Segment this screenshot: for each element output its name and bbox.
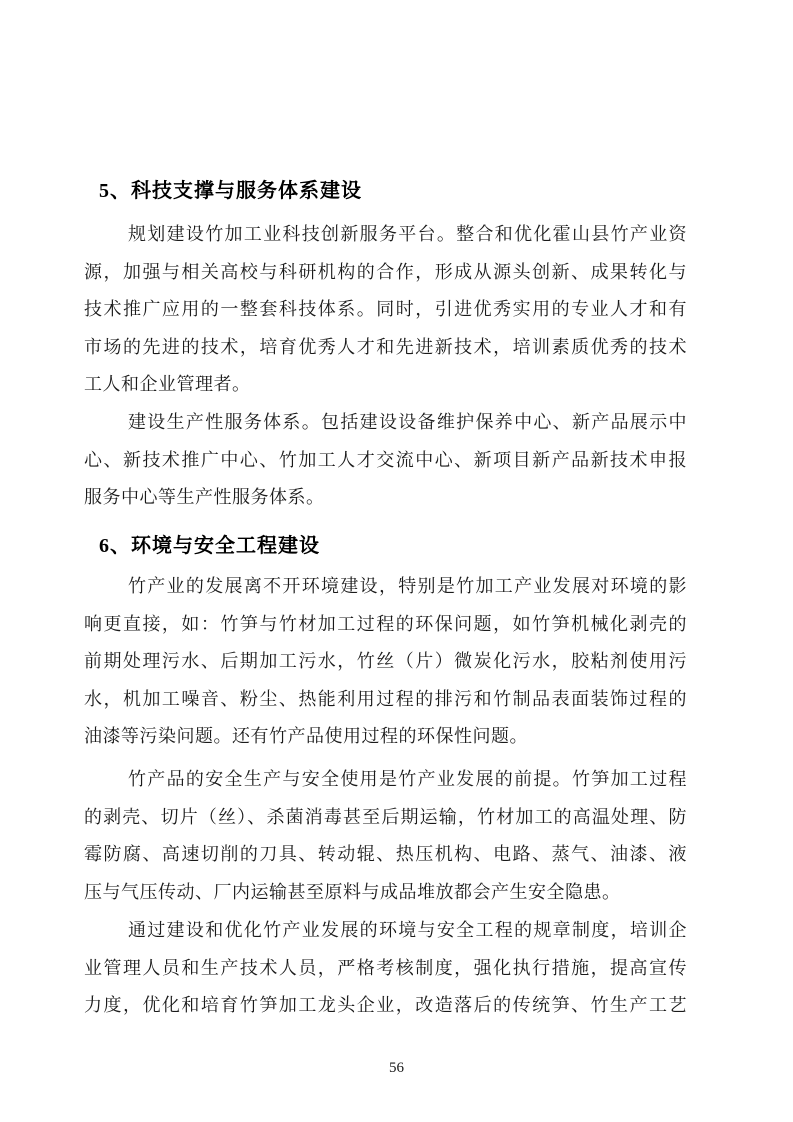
text-line: 竹产品的安全生产与安全使用是竹产业发展的前提。竹笋加工过程 — [84, 761, 687, 799]
text-line: 规划建设竹加工业科技创新服务平台。整合和优化霍山县竹产业资 — [84, 216, 687, 254]
text-line: 力度，优化和培育竹笋加工龙头企业，改造落后的传统笋、竹生产工艺 — [84, 987, 687, 1025]
document-page: 5、科技支撑与服务体系建设 规划建设竹加工业科技创新服务平台。整合和优化霍山县竹… — [0, 0, 793, 1122]
text-line: 水，机加工噪音、粉尘、热能利用过程的排污和竹制品表面装饰过程的 — [84, 681, 687, 719]
text-line: 霉防腐、高速切削的刀具、转动辊、热压机构、电路、蒸气、油漆、液 — [84, 836, 687, 874]
text-line: 技术推广应用的一整套科技体系。同时，引进优秀实用的专业人才和有 — [84, 291, 687, 329]
text-line: 响更直接，如：竹笋与竹材加工过程的环保问题，如竹笋机械化剥壳的 — [84, 606, 687, 644]
text-line: 前期处理污水、后期加工污水，竹丝（片）微炭化污水，胶粘剂使用污 — [84, 643, 687, 681]
section-heading-5: 5、科技支撑与服务体系建设 — [99, 177, 362, 205]
text-line: 市场的先进的技术，培育优秀人才和先进新技术，培训素质优秀的技术 — [84, 329, 687, 367]
section-heading-6: 6、环境与安全工程建设 — [99, 532, 320, 560]
text-line: 压与气压传动、厂内运输甚至原料与成品堆放都会产生安全隐患。 — [84, 874, 687, 912]
text-line: 建设生产性服务体系。包括建设设备维护保养中心、新产品展示中 — [84, 404, 687, 442]
text-line: 业管理人员和生产技术人员，严格考核制度，强化执行措施，提高宣传 — [84, 950, 687, 988]
paragraph-regulations: 通过建设和优化竹产业发展的环境与安全工程的规章制度，培训企 业管理人员和生产技术… — [84, 912, 687, 1025]
page-number: 56 — [0, 1058, 793, 1078]
text-line: 工人和企业管理者。 — [84, 366, 687, 404]
text-line: 服务中心等生产性服务体系。 — [84, 479, 687, 517]
paragraph-safety: 竹产品的安全生产与安全使用是竹产业发展的前提。竹笋加工过程 的剥壳、切片（丝）、… — [84, 761, 687, 911]
paragraph-service-system: 建设生产性服务体系。包括建设设备维护保养中心、新产品展示中 心、新技术推广中心、… — [84, 404, 687, 517]
text-line: 竹产业的发展离不开环境建设，特别是竹加工产业发展对环境的影 — [84, 568, 687, 606]
text-line: 油漆等污染问题。还有竹产品使用过程的环保性问题。 — [84, 718, 687, 756]
text-line: 心、新技术推广中心、竹加工人才交流中心、新项目新产品新技术申报 — [84, 442, 687, 480]
text-line: 源，加强与相关高校与科研机构的合作，形成从源头创新、成果转化与 — [84, 254, 687, 292]
paragraph-environment: 竹产业的发展离不开环境建设，特别是竹加工产业发展对环境的影 响更直接，如：竹笋与… — [84, 568, 687, 756]
text-line: 通过建设和优化竹产业发展的环境与安全工程的规章制度，培训企 — [84, 912, 687, 950]
paragraph-tech-platform: 规划建设竹加工业科技创新服务平台。整合和优化霍山县竹产业资 源，加强与相关高校与… — [84, 216, 687, 404]
text-line: 的剥壳、切片（丝）、杀菌消毒甚至后期运输，竹材加工的高温处理、防 — [84, 799, 687, 837]
